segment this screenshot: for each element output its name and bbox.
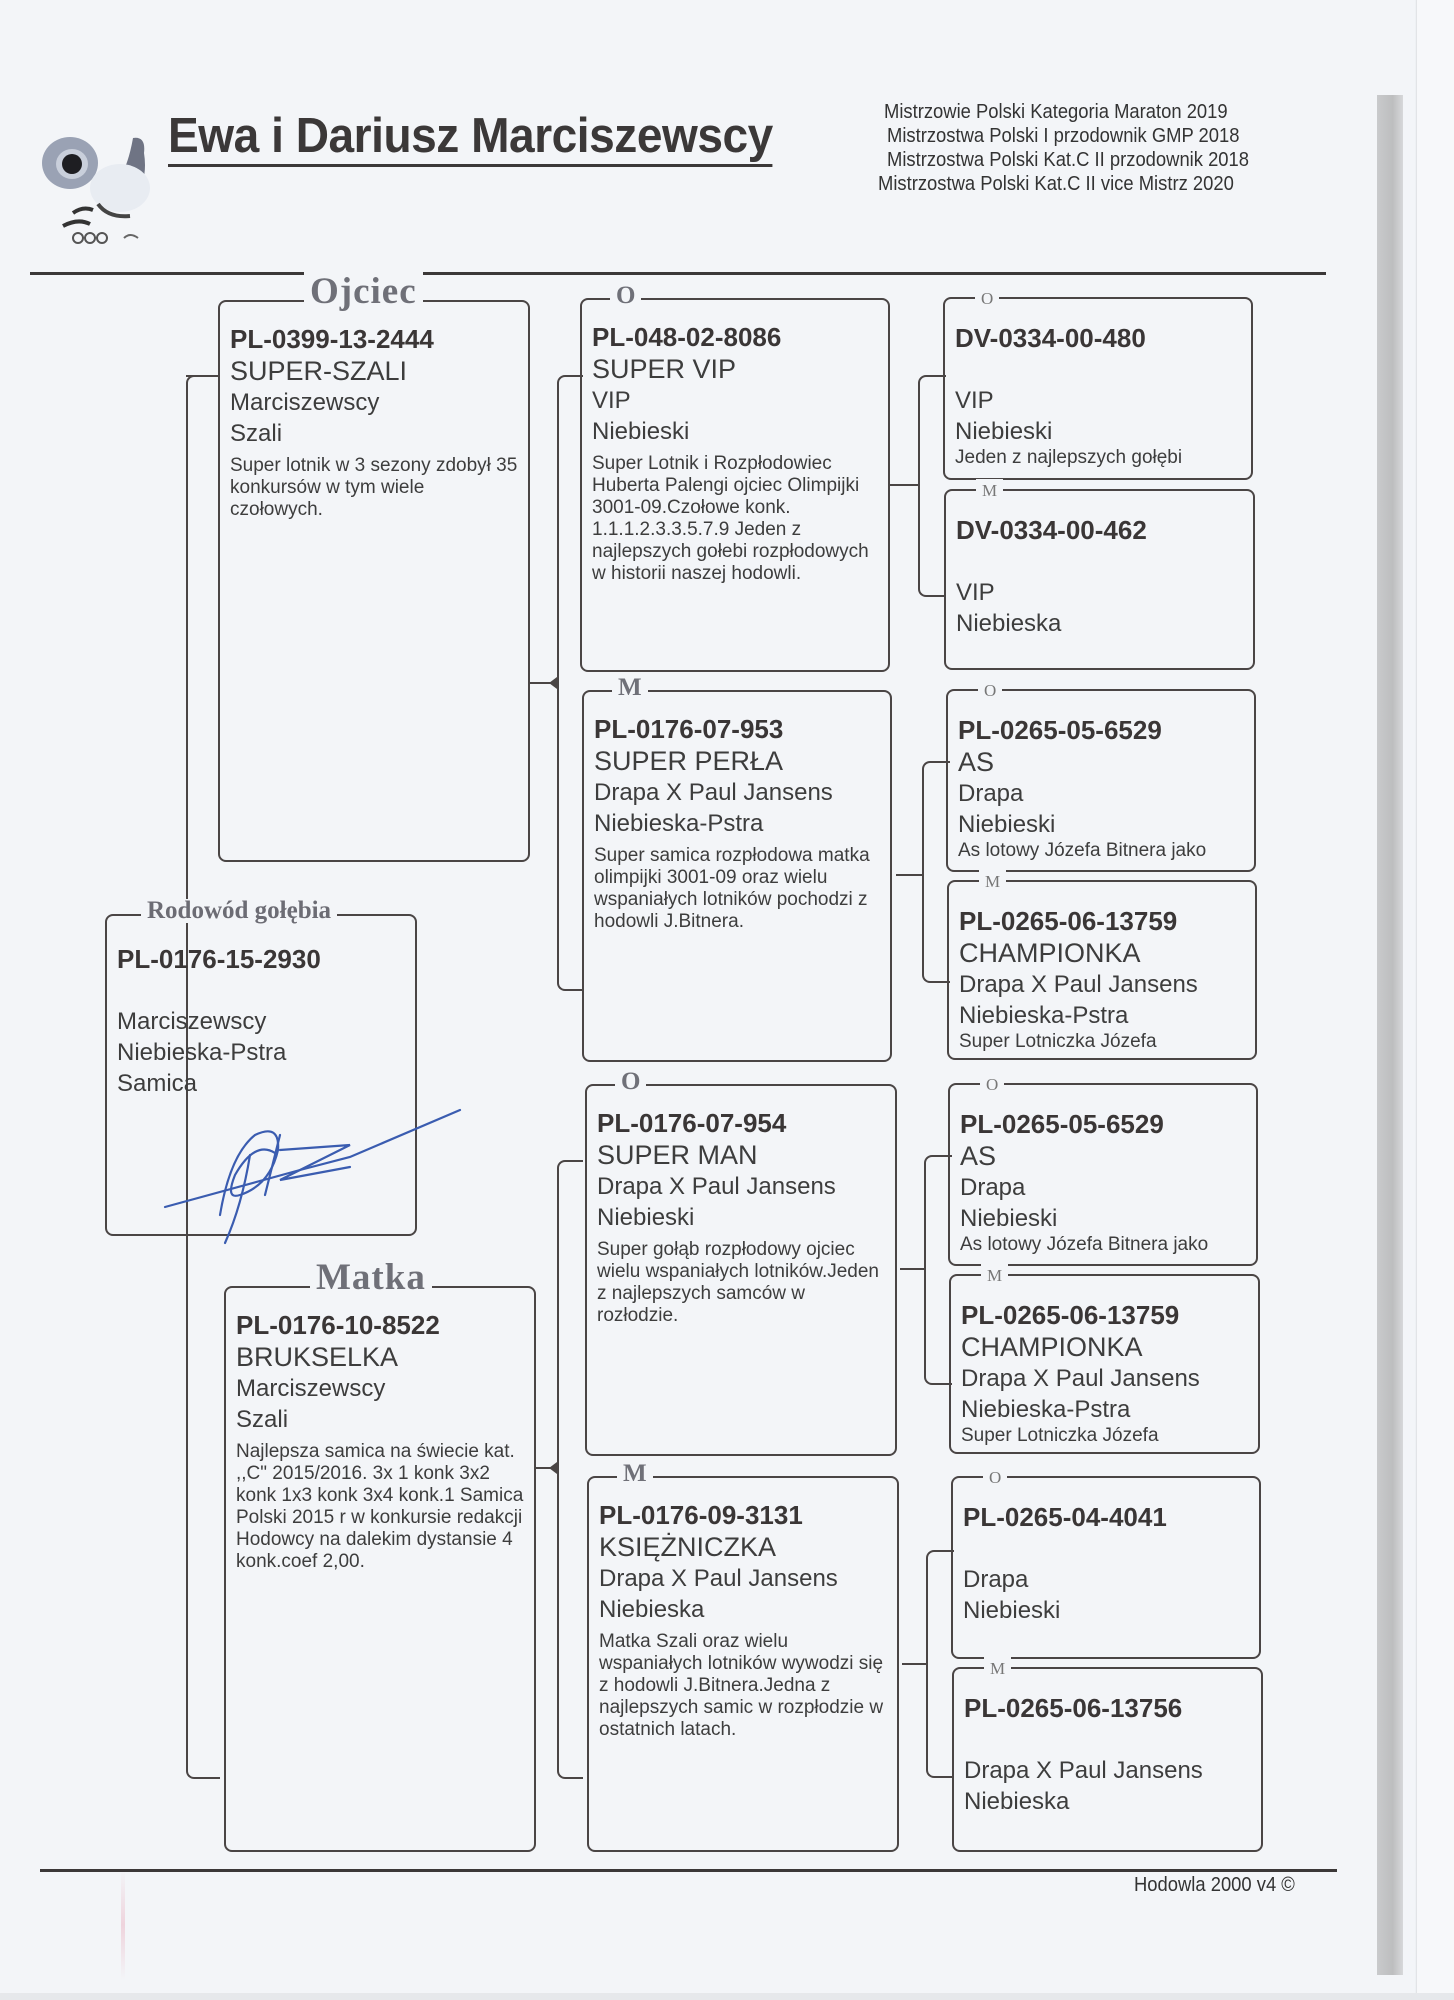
great-grandparent-legend: M <box>979 870 1006 894</box>
grandparent-card[interactable]: M PL-0176-09-3131 KSIĘŻNICZKA Drapa X Pa… <box>587 1476 899 1852</box>
connector-arrow-icon <box>549 1462 557 1474</box>
father-name: SUPER-SZALI <box>230 355 518 387</box>
grandparent-name: SUPER PERŁA <box>594 745 880 777</box>
pigeon-logo-icon <box>38 118 158 248</box>
great-grandparent-legend: M <box>976 479 1003 503</box>
mother-legend: Matka <box>310 1258 432 1298</box>
great-grandparent-color: Niebieska <box>964 1786 1251 1817</box>
grandparent-line: Drapa X Paul Jansens <box>599 1563 887 1594</box>
great-grandparent-name: AS <box>958 746 1244 778</box>
scan-shadow <box>1377 95 1403 1975</box>
great-grandparent-name <box>955 354 1241 385</box>
great-grandparent-ring: DV-0334-00-480 <box>955 323 1241 354</box>
connector-tick <box>900 1268 924 1270</box>
great-grandparent-line: VIP <box>955 385 1241 416</box>
great-grandparent-line: Drapa <box>963 1564 1249 1595</box>
great-grandparent-card[interactable]: O PL-0265-05-6529 AS Drapa Niebieski As … <box>946 689 1256 872</box>
grandparent-description: Super gołąb rozpłodowy ojciec wielu wspa… <box>597 1239 885 1327</box>
margin-mark <box>121 1870 125 1980</box>
subject-ring: PL-0176-15-2930 <box>117 944 405 975</box>
grandparent-description: Matka Szali oraz wielu wspaniałych lotni… <box>599 1631 887 1741</box>
grandparent-line: VIP <box>592 385 878 416</box>
connector-tick <box>186 375 218 377</box>
great-grandparent-description: Jeden z najlepszych gołębi <box>955 447 1241 469</box>
great-grandparent-description: As lotowy Józefa Bitnera jako <box>958 840 1244 862</box>
grandparent-card[interactable]: M PL-0176-07-953 SUPER PERŁA Drapa X Pau… <box>582 690 892 1062</box>
great-grandparent-legend: M <box>981 1264 1008 1288</box>
great-grandparent-ring: PL-0265-06-13759 <box>959 906 1245 937</box>
achievement: Mistrzostwa Polski Kat.C II przodownik 2… <box>887 148 1249 172</box>
great-grandparent-color: Niebieski <box>958 809 1244 840</box>
father-ring: PL-0399-13-2444 <box>230 324 518 355</box>
great-grandparent-ring: PL-0265-05-6529 <box>958 715 1244 746</box>
grandparent-legend: M <box>612 676 648 700</box>
great-grandparent-name <box>963 1533 1249 1564</box>
achievement: Mistrzostwa Polski I przodownik GMP 2018 <box>887 124 1249 148</box>
great-grandparent-card[interactable]: O DV-0334-00-480 VIP Niebieski Jeden z n… <box>943 297 1253 480</box>
great-grandparent-color: Niebieski <box>960 1203 1246 1234</box>
scan-bottom-edge <box>0 1993 1454 2000</box>
grandparent-description: Super samica rozpłodowa matka olimpijki … <box>594 845 880 933</box>
great-grandparent-card[interactable]: O PL-0265-05-6529 AS Drapa Niebieski As … <box>948 1083 1258 1266</box>
great-grandparent-ring: PL-0265-06-13756 <box>964 1693 1251 1724</box>
mother-name: BRUKSELKA <box>236 1341 524 1373</box>
great-grandparent-ring: DV-0334-00-462 <box>956 515 1243 546</box>
connector-tick <box>888 484 918 486</box>
great-grandparent-ring: PL-0265-06-13759 <box>961 1300 1248 1331</box>
connector-tick <box>902 1663 926 1665</box>
grandparent-name: KSIĘŻNICZKA <box>599 1531 887 1563</box>
great-grandparent-description: Super Lotniczka Józefa <box>961 1425 1248 1447</box>
subject-legend: Rodowód gołębia <box>141 899 337 923</box>
great-grandparent-line: Drapa <box>960 1172 1246 1203</box>
great-grandparent-color: Niebieski <box>955 416 1241 447</box>
connector-tick <box>896 874 922 876</box>
footer-divider <box>40 1869 1337 1872</box>
grandparent-ring: PL-0176-07-954 <box>597 1108 885 1139</box>
subject-breeder: Marciszewscy <box>117 1006 405 1037</box>
grandparent-color: Niebieski <box>592 416 878 447</box>
father-color: Szali <box>230 418 518 449</box>
mother-color: Szali <box>236 1404 524 1435</box>
header-divider <box>30 272 1326 275</box>
mother-breeder: Marciszewscy <box>236 1373 524 1404</box>
grandparent-line: Drapa X Paul Jansens <box>594 777 880 808</box>
achievement: Mistrzostwa Polski Kat.C II vice Mistrz … <box>878 172 1248 196</box>
great-grandparent-color: Niebieska-Pstra <box>959 1000 1245 1031</box>
grandparent-card[interactable]: O PL-0176-07-954 SUPER MAN Drapa X Paul … <box>585 1084 897 1456</box>
grandparent-description: Super Lotnik i Rozpłodowiec Huberta Pale… <box>592 453 878 585</box>
great-grandparent-ring: PL-0265-04-4041 <box>963 1502 1249 1533</box>
subject-color: Niebieska-Pstra <box>117 1037 405 1068</box>
great-grandparent-card[interactable]: M PL-0265-06-13759 CHAMPIONKA Drapa X Pa… <box>949 1274 1260 1454</box>
great-grandparent-card[interactable]: M PL-0265-06-13756 Drapa X Paul Jansens … <box>952 1667 1263 1852</box>
grandparent-color: Niebieski <box>597 1202 885 1233</box>
great-grandparent-ring: PL-0265-05-6529 <box>960 1109 1246 1140</box>
great-grandparent-legend: O <box>980 1073 1004 1097</box>
great-grandparent-line: Drapa <box>958 778 1244 809</box>
great-grandparent-line: Drapa X Paul Jansens <box>959 969 1245 1000</box>
achievement: Mistrzowie Polski Kategoria Maraton 2019 <box>884 100 1249 124</box>
mother-ring: PL-0176-10-8522 <box>236 1310 524 1341</box>
mother-card[interactable]: Matka PL-0176-10-8522 BRUKSELKA Marcisze… <box>224 1286 536 1852</box>
connector-arrow-icon <box>549 677 557 689</box>
father-card[interactable]: Ojciec PL-0399-13-2444 SUPER-SZALI Marci… <box>218 300 530 862</box>
great-grandparent-name: AS <box>960 1140 1246 1172</box>
great-grandparent-legend: O <box>975 287 999 311</box>
great-grandparent-card[interactable]: M DV-0334-00-462 VIP Niebieska <box>944 489 1255 670</box>
grandparent-line: Drapa X Paul Jansens <box>597 1171 885 1202</box>
grandparent-ring: PL-0176-07-953 <box>594 714 880 745</box>
great-grandparent-line: Drapa X Paul Jansens <box>961 1363 1248 1394</box>
grandparent-legend: O <box>610 284 641 308</box>
great-grandparent-line: Drapa X Paul Jansens <box>964 1755 1251 1786</box>
great-grandparent-name: CHAMPIONKA <box>961 1331 1248 1363</box>
great-grandparent-color: Niebieska <box>956 608 1243 639</box>
great-grandparent-name: CHAMPIONKA <box>959 937 1245 969</box>
great-grandparent-name <box>964 1724 1251 1755</box>
achievements-list: Mistrzowie Polski Kategoria Maraton 2019… <box>878 100 1281 196</box>
great-grandparent-legend: O <box>978 679 1002 703</box>
grandparent-ring: PL-048-02-8086 <box>592 322 878 353</box>
great-grandparent-description: As lotowy Józefa Bitnera jako <box>960 1234 1246 1256</box>
software-credit: Hodowla 2000 v4 © <box>1134 1874 1295 1897</box>
mother-description: Najlepsza samica na świecie kat. ,,C" 20… <box>236 1441 524 1573</box>
connector-gp1 <box>918 375 946 597</box>
great-grandparent-card[interactable]: O PL-0265-04-4041 Drapa Niebieski <box>951 1476 1261 1659</box>
great-grandparent-name <box>956 546 1243 577</box>
great-grandparent-color: Niebieska-Pstra <box>961 1394 1248 1425</box>
grandparent-card[interactable]: O PL-048-02-8086 SUPER VIP VIP Niebieski… <box>580 298 890 672</box>
connector-mother <box>557 1160 583 1779</box>
grandparent-name: SUPER VIP <box>592 353 878 385</box>
scan-edge <box>1416 0 1454 2000</box>
great-grandparent-legend: M <box>984 1657 1011 1681</box>
great-grandparent-line: VIP <box>956 577 1243 608</box>
great-grandparent-description: Super Lotniczka Józefa <box>959 1031 1245 1053</box>
great-grandparent-legend: O <box>983 1466 1007 1490</box>
owner-name: Ewa i Dariusz Marciszewscy <box>168 108 773 167</box>
grandparent-legend: O <box>615 1070 646 1094</box>
great-grandparent-card[interactable]: M PL-0265-06-13759 CHAMPIONKA Drapa X Pa… <box>947 880 1257 1060</box>
great-grandparent-color: Niebieski <box>963 1595 1249 1626</box>
grandparent-ring: PL-0176-09-3131 <box>599 1500 887 1531</box>
father-breeder: Marciszewscy <box>230 387 518 418</box>
grandparent-name: SUPER MAN <box>597 1139 885 1171</box>
father-description: Super lotnik w 3 sezony zdobył 35 konkur… <box>230 455 518 521</box>
grandparent-color: Niebieska <box>599 1594 887 1625</box>
signature-icon <box>160 1095 470 1245</box>
connector-gp4 <box>926 1550 954 1778</box>
grandparent-legend: M <box>617 1462 653 1486</box>
father-legend: Ojciec <box>304 272 423 312</box>
grandparent-color: Niebieska-Pstra <box>594 808 880 839</box>
